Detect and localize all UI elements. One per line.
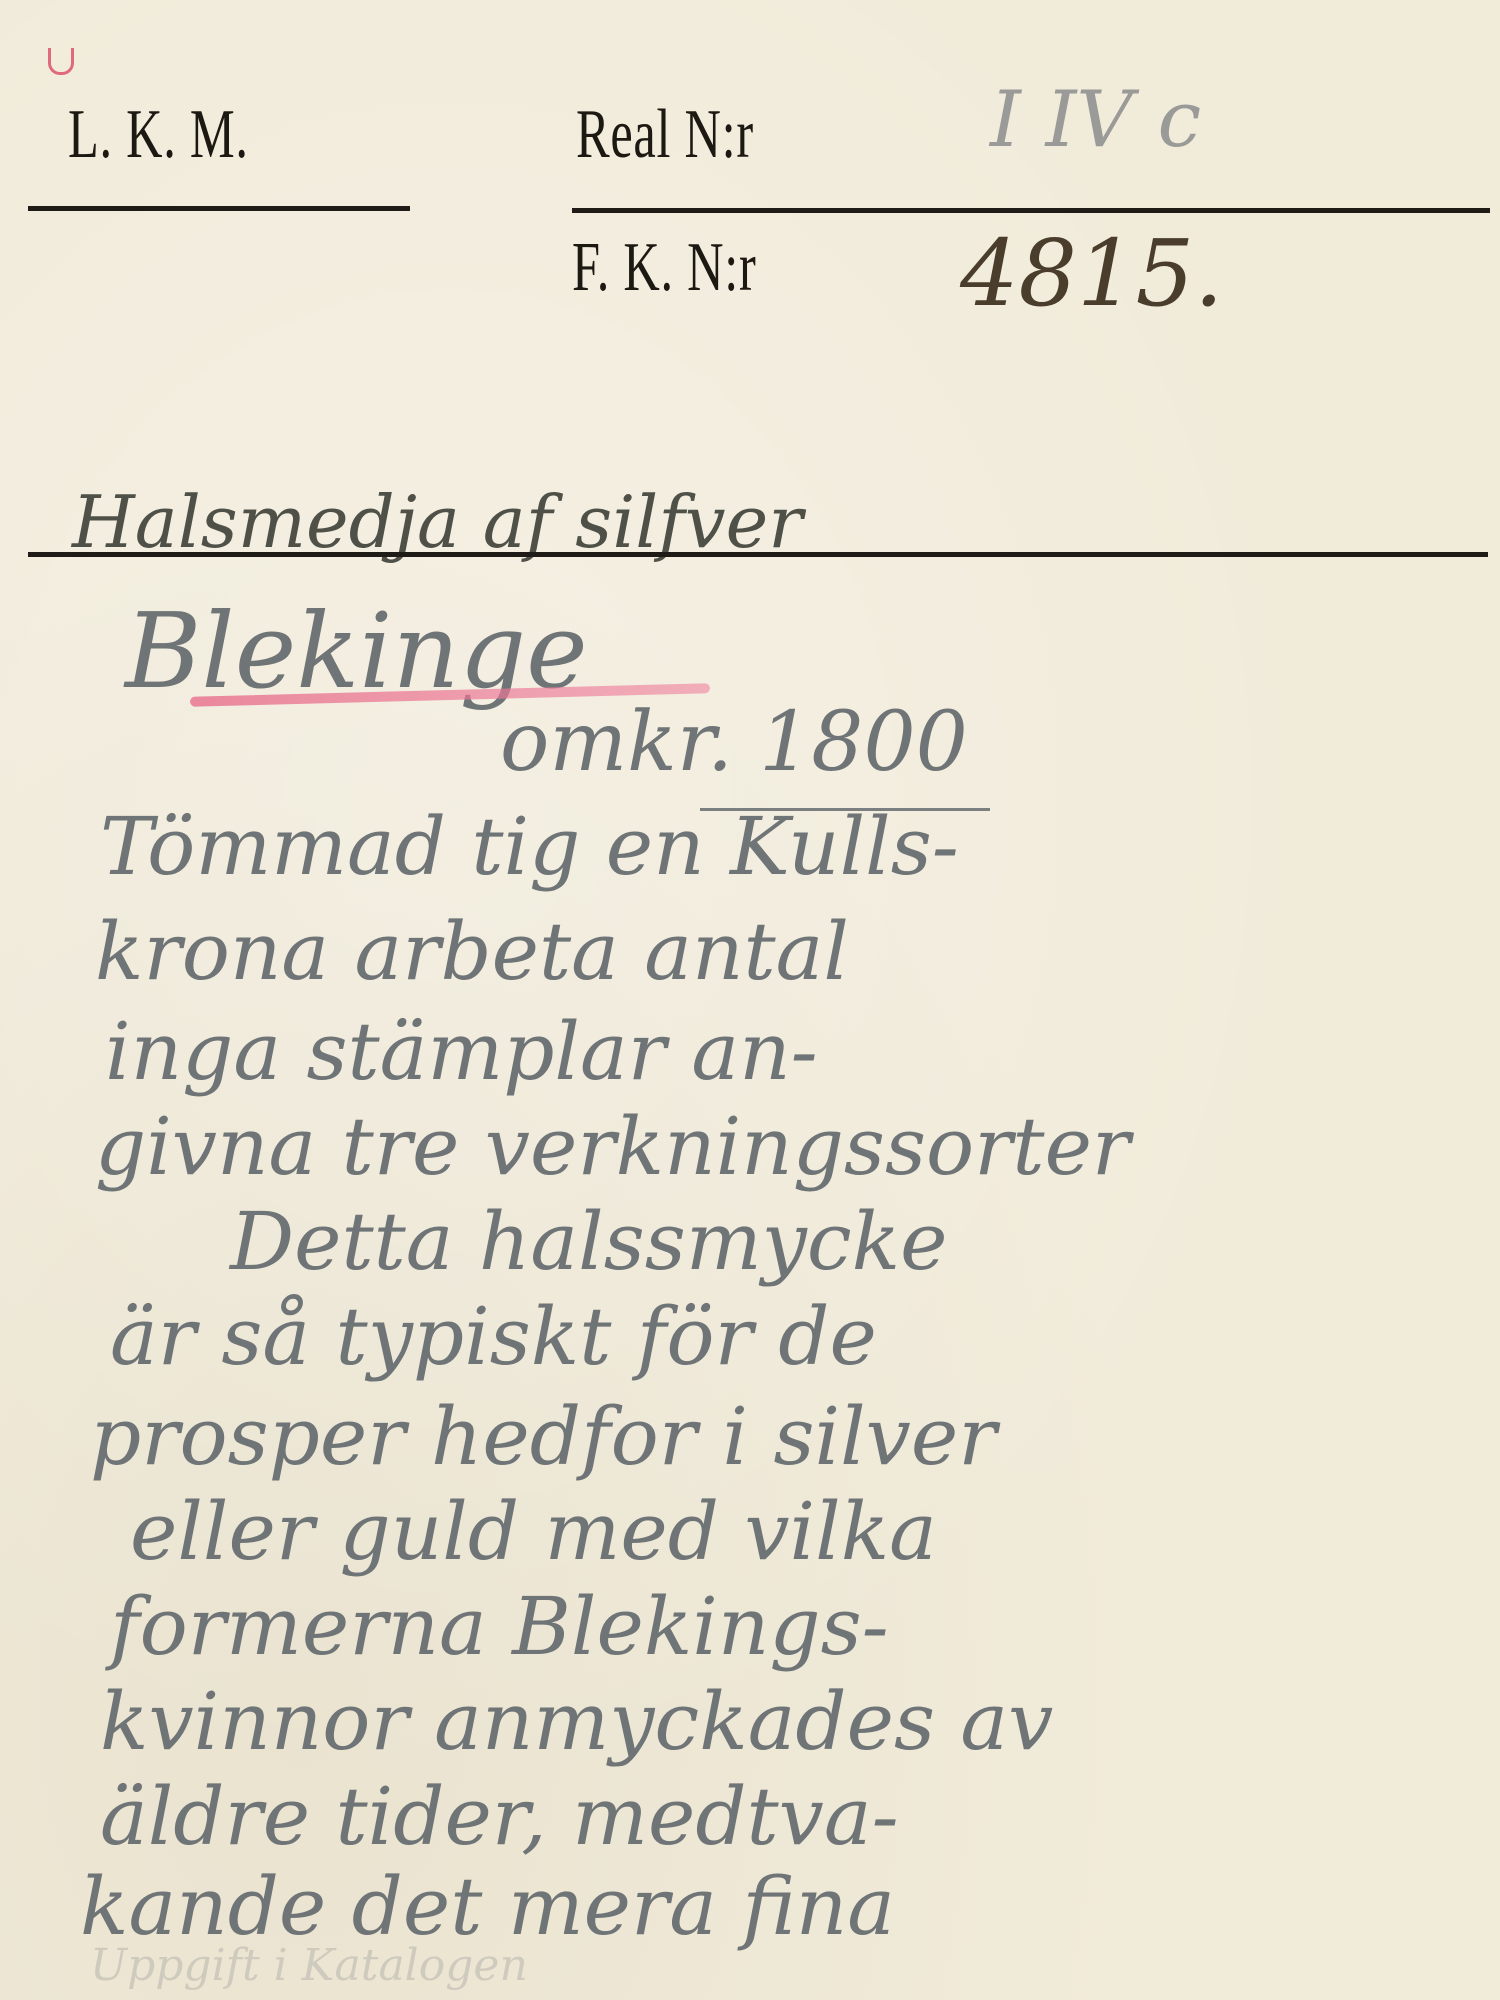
title-rule bbox=[28, 552, 1488, 557]
fk-nr-value: 4815. bbox=[960, 220, 1223, 327]
description-line: givna tre verkningssorter bbox=[95, 1100, 1130, 1193]
catalogue-card: L. K. M. Real N:r I IV c F. K. N:r 4815.… bbox=[0, 0, 1500, 2000]
fk-nr-label: F. K. N:r bbox=[572, 228, 756, 308]
real-nr-value: I IV c bbox=[990, 75, 1201, 165]
description-line: kvinnor anmyckades av bbox=[100, 1675, 1053, 1768]
description-line: formerna Blekings- bbox=[110, 1580, 889, 1673]
header-rule-right bbox=[572, 208, 1490, 213]
description-line: inga stämplar an- bbox=[105, 1005, 818, 1098]
museum-label: L. K. M. bbox=[68, 95, 249, 175]
footer-pencil-note: Uppgift i Katalogen bbox=[90, 1940, 528, 1991]
description-line: prosper hedfor i silver bbox=[90, 1390, 996, 1483]
header-rule-left bbox=[28, 206, 410, 211]
description-line: är så typiskt för de bbox=[110, 1290, 877, 1383]
description-line: Tömmad tig en Kulls- bbox=[100, 800, 959, 893]
description-line: eller guld med vilka bbox=[130, 1485, 937, 1578]
red-check-mark-icon bbox=[48, 48, 74, 75]
description-line: Detta halssmycke bbox=[230, 1195, 948, 1288]
object-date: omkr. 1800 bbox=[500, 695, 968, 790]
real-nr-label: Real N:r bbox=[576, 95, 754, 175]
description-line: krona arbeta antal bbox=[95, 905, 849, 998]
description-line: äldre tider, medtva- bbox=[100, 1770, 899, 1863]
